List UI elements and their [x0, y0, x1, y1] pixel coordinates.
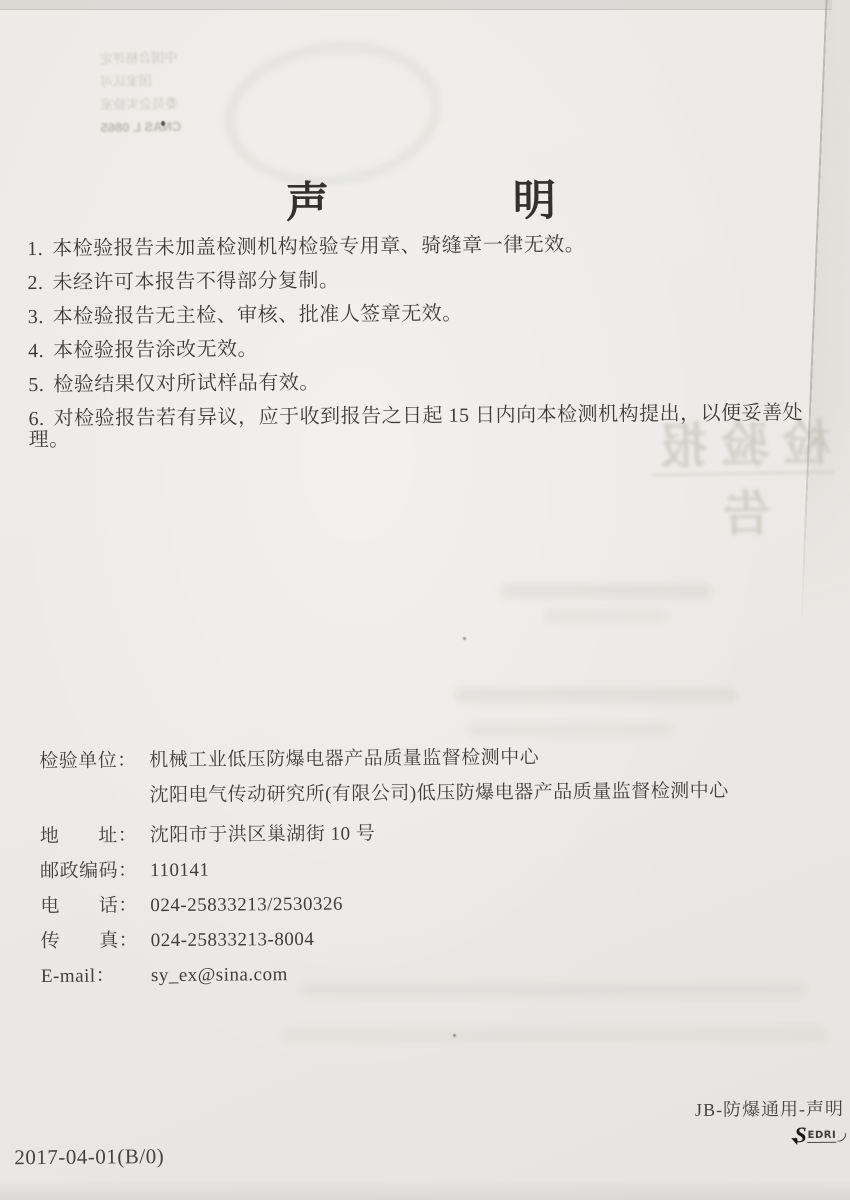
contact-row: E-mail：sy_ex@sina.com [41, 960, 845, 987]
declaration-item-number: 2. [27, 273, 43, 294]
declaration-item: 5.检验结果仅对所试样品有效。 [28, 369, 836, 396]
sedri-logo-text: EDRI [808, 1130, 837, 1143]
contact-label: 传 真： [41, 930, 151, 952]
declaration-item: 4.本检验报告涂改无效。 [28, 335, 836, 362]
contact-row: 传 真：024-25833213-8004 [41, 925, 845, 952]
contact-row: 沈阳电气传动研究所(有限公司)低压防爆电器产品质量监督检测中心 [39, 780, 843, 807]
declaration-list: 1.本检验报告未加盖检测机构检验专用章、骑缝章一律无效。 2.未经许可本报告不得… [27, 233, 837, 464]
declaration-item: 6.对检验报告若有异议，应于收到报告之日起 15 日内向本检测机构提出，以便妥善… [28, 403, 836, 451]
declaration-item-number: 5. [28, 375, 44, 396]
sedri-logo-hook-icon [837, 1133, 846, 1142]
contact-value: 024-25833213-8004 [151, 929, 315, 951]
contact-label: 邮政编码： [40, 860, 150, 882]
contact-row: 电 话：024-25833213/2530326 [40, 890, 844, 917]
revision-date: 2017-04-01(B/0) [14, 1144, 164, 1170]
page-title-char: 声 [286, 169, 331, 230]
document-content: 声 明 1.本检验报告未加盖检测机构检验专用章、骑缝章一律无效。 2.未经许可本… [0, 0, 850, 1200]
contact-value: 沈阳电气传动研究所(有限公司)低压防爆电器产品质量监督检测中心 [149, 781, 728, 807]
declaration-item-text: 对检验报告若有异议，应于收到报告之日起 15 日内向本检测机构提出，以便妥善处理… [29, 402, 803, 451]
declaration-item-text: 本检验报告未加盖检测机构检验专用章、骑缝章一律无效。 [52, 234, 585, 260]
contact-label: 检验单位： [39, 750, 149, 772]
sedri-logo-s-icon: S [794, 1125, 806, 1145]
declaration-item: 2.未经许可本报告不得部分复制。 [27, 267, 835, 294]
contact-value: sy_ex@sina.com [151, 964, 288, 986]
declaration-item-number: 3. [28, 307, 44, 328]
declaration-item-text: 检验结果仅对所试样品有效。 [53, 372, 320, 396]
contact-value: 024-25833213/2530326 [150, 894, 343, 917]
contact-label: E-mail： [41, 965, 151, 987]
contact-value: 110141 [150, 860, 209, 881]
contact-value: 沈阳市于洪区巢湖街 10 号 [150, 823, 376, 846]
declaration-item-text: 本检验报告涂改无效。 [53, 338, 258, 362]
declaration-item: 1.本检验报告未加盖检测机构检验专用章、骑缝章一律无效。 [27, 233, 835, 260]
declaration-item-text: 未经许可本报告不得部分复制。 [52, 270, 339, 294]
contact-block: 检验单位：机械工业低压防爆电器产品质量监督检测中心 沈阳电气传动研究所(有限公司… [39, 745, 845, 1001]
declaration-item-number: 6. [28, 409, 44, 430]
declaration-item-number: 4. [28, 341, 44, 362]
contact-row: 检验单位：机械工业低压防爆电器产品质量监督检测中心 [39, 745, 843, 772]
contact-value: 机械工业低压防爆电器产品质量监督检测中心 [149, 747, 539, 771]
declaration-item-text: 本检验报告无主检、审核、批准人签章无效。 [53, 303, 463, 328]
page-title-char: 明 [513, 167, 558, 228]
contact-row: 邮政编码：110141 [40, 855, 844, 882]
page-title: 声 明 [0, 165, 847, 233]
declaration-item: 3.本检验报告无主检、审核、批准人签章无效。 [28, 301, 836, 328]
contact-row: 地 址：沈阳市于洪区巢湖街 10 号 [40, 820, 844, 847]
doc-code: JB-防爆通用-声明 [695, 1095, 844, 1122]
sedri-logo: S EDRI [794, 1125, 846, 1145]
declaration-item-number: 1. [27, 239, 43, 260]
contact-label [40, 801, 150, 802]
contact-label: 地 址： [40, 825, 150, 847]
scanned-document-page: 中国合格评定 国家认可 委员会实验室 CNAS L 0865 检 验 报 告 声… [0, 0, 850, 1200]
contact-label: 电 话： [40, 895, 150, 917]
